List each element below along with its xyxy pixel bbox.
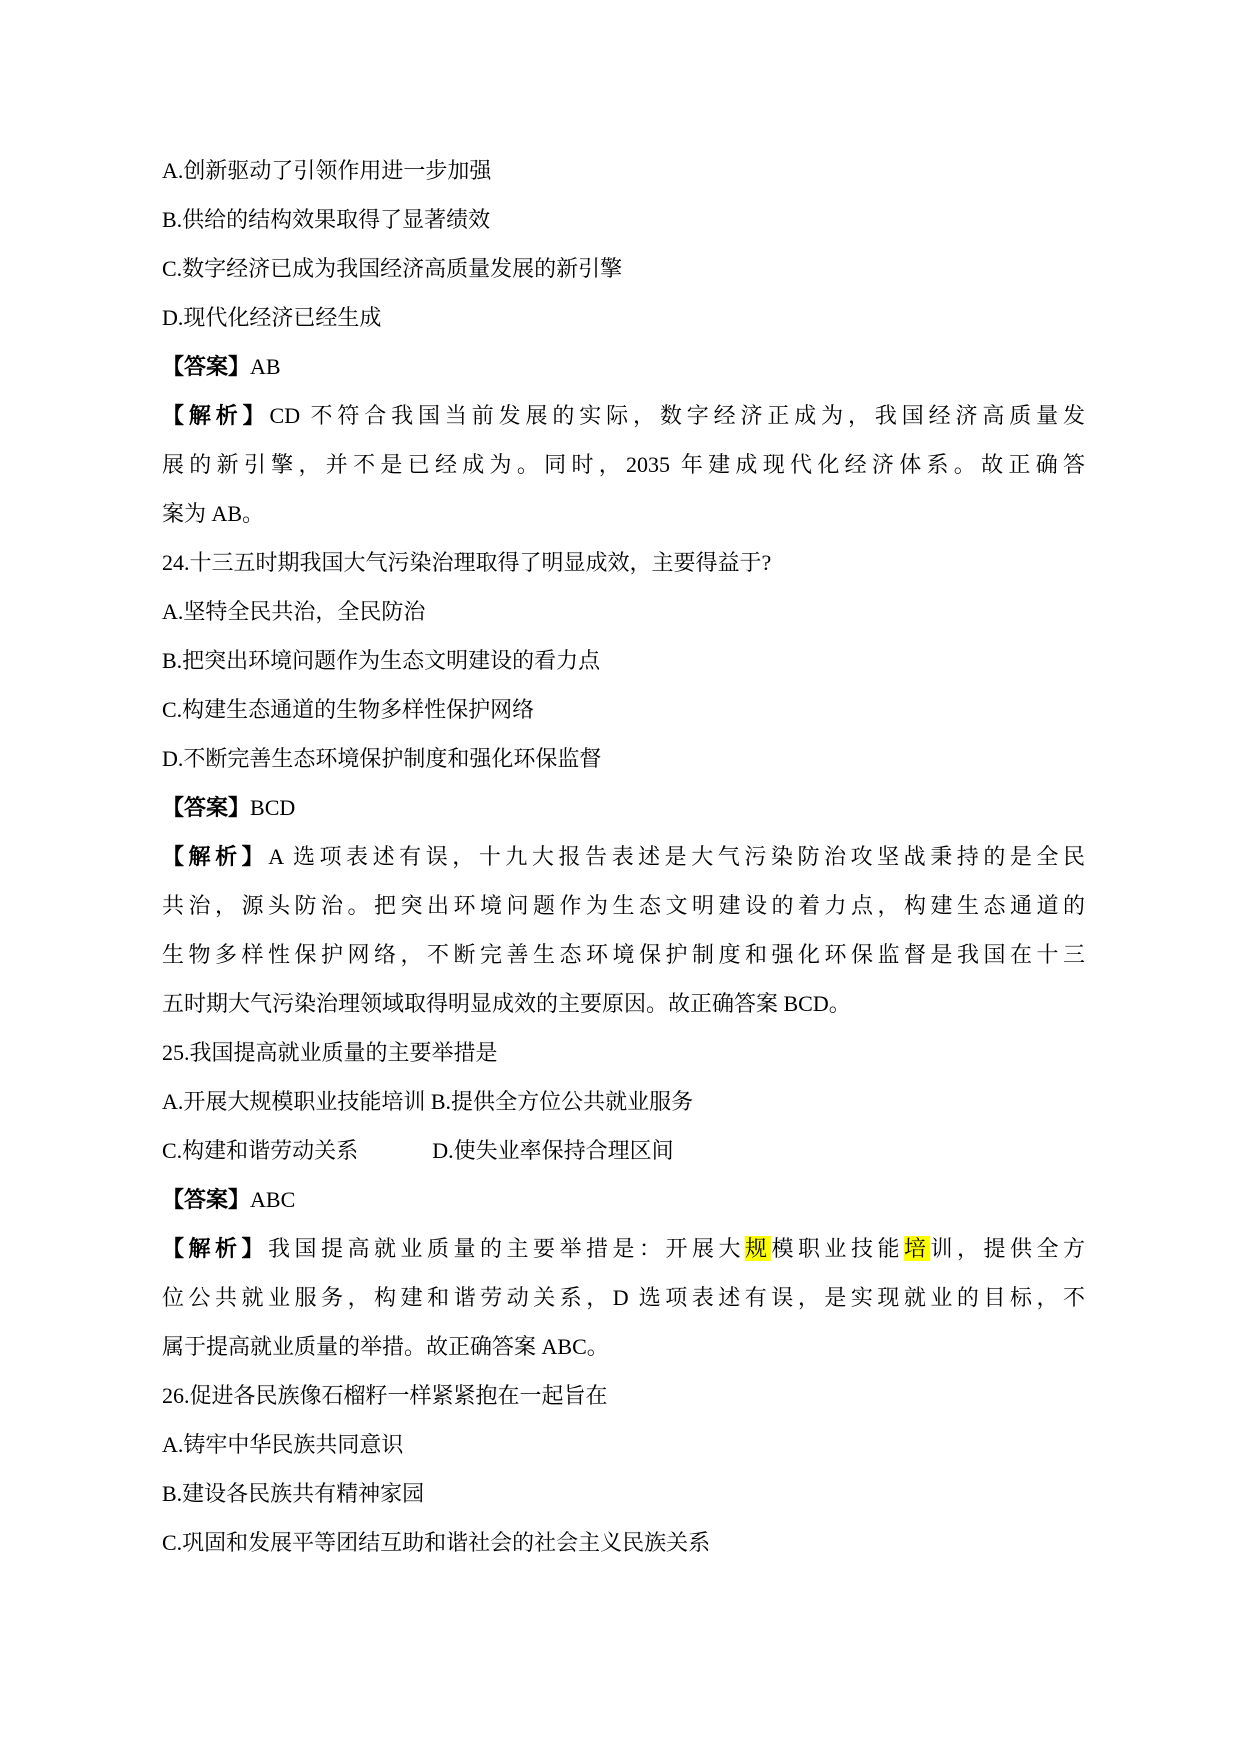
text-segment: C.巩固和发展平等团结互助和谐社会的社会主义民族关系 bbox=[162, 1530, 710, 1555]
text-segment: 属于提高就业质量的举措。故正确答案 ABC。 bbox=[162, 1334, 609, 1359]
text-segment: B.把突出环境问题作为生态文明建设的看力点 bbox=[162, 648, 600, 673]
text-segment: 26.促进各民族像石榴籽一样紧紧抱在一起旨在 bbox=[162, 1383, 608, 1408]
text-segment: 我国提高就业质量的主要举措是：开展大 bbox=[268, 1236, 745, 1261]
highlighted-character: 规 bbox=[745, 1236, 772, 1261]
q24-analysis-line-4: 五时期大气污染治理领域取得明显成效的主要原因。故正确答案 BCD。 bbox=[162, 979, 1085, 1028]
text-segment: 模职业技能 bbox=[771, 1236, 904, 1261]
text-segment: D.使失业率保持合理区间 bbox=[432, 1138, 673, 1163]
text-segment: 生物多样性保护网络，不断完善生态环境保护制度和强化环保监督是我国在十三 bbox=[162, 942, 1085, 967]
bracket-label: 【解析】 bbox=[162, 844, 268, 869]
q26-option-b: B.建设各民族共有精神家园 bbox=[162, 1469, 1085, 1518]
text-segment: C.构建和谐劳动关系 bbox=[162, 1138, 358, 1163]
text-segment: 展的新引擎，并不是已经成为。同时，2035 年建成现代化经济体系。故正确答 bbox=[162, 452, 1085, 477]
q24-option-d: D.不断完善生态环境保护制度和强化环保监督 bbox=[162, 734, 1085, 783]
highlighted-character: 培 bbox=[904, 1236, 931, 1261]
text-segment: 训，提供全方 bbox=[930, 1236, 1085, 1261]
text-segment: A.创新驱动了引领作用进一步加强 bbox=[162, 158, 491, 183]
q23-analysis-line-2: 展的新引擎，并不是已经成为。同时，2035 年建成现代化经济体系。故正确答 bbox=[162, 440, 1085, 489]
text-segment: 25.我国提高就业质量的主要举措是 bbox=[162, 1040, 498, 1065]
text-segment: D.现代化经济已经生成 bbox=[162, 305, 381, 330]
text-segment: A 选项表述有误，十九大报告表述是大气污染防治攻坚战秉持的是全民 bbox=[268, 844, 1085, 869]
bracket-label: 【解析】 bbox=[162, 1236, 268, 1261]
text-segment: CD 不符合我国当前发展的实际，数字经济正成为，我国经济高质量发 bbox=[270, 403, 1085, 428]
text-segment: B.供给的结构效果取得了显著绩效 bbox=[162, 207, 490, 232]
q24-option-c: C.构建生态通道的生物多样性保护网络 bbox=[162, 685, 1085, 734]
q26-question: 26.促进各民族像石榴籽一样紧紧抱在一起旨在 bbox=[162, 1371, 1085, 1420]
text-segment: D.不断完善生态环境保护制度和强化环保监督 bbox=[162, 746, 601, 771]
bracket-label: 【解析】 bbox=[162, 403, 270, 428]
q25-analysis-line-3: 属于提高就业质量的举措。故正确答案 ABC。 bbox=[162, 1322, 1085, 1371]
bracket-label: 【答案】 bbox=[162, 1187, 250, 1212]
q26-option-c: C.巩固和发展平等团结互助和谐社会的社会主义民族关系 bbox=[162, 1518, 1085, 1567]
text-segment: BCD bbox=[250, 795, 295, 820]
q24-analysis-line-1: 【解析】A 选项表述有误，十九大报告表述是大气污染防治攻坚战秉持的是全民 bbox=[162, 832, 1085, 881]
q24-option-a: A.坚特全民共治，全民防治 bbox=[162, 587, 1085, 636]
exam-text-block: A.创新驱动了引领作用进一步加强B.供给的结构效果取得了显著绩效C.数字经济已成… bbox=[162, 146, 1085, 1567]
q25-answer: 【答案】ABC bbox=[162, 1175, 1085, 1224]
text-segment: C.构建生态通道的生物多样性保护网络 bbox=[162, 697, 534, 722]
document-page: A.创新驱动了引领作用进一步加强B.供给的结构效果取得了显著绩效C.数字经济已成… bbox=[0, 0, 1241, 1754]
q23-option-b: B.供给的结构效果取得了显著绩效 bbox=[162, 195, 1085, 244]
q25-options-ab: A.开展大规模职业技能培训 B.提供全方位公共就业服务 bbox=[162, 1077, 1085, 1126]
q24-analysis-line-2: 共治，源头防治。把突出环境问题作为生态文明建设的着力点，构建生态通道的 bbox=[162, 881, 1085, 930]
q24-option-b: B.把突出环境问题作为生态文明建设的看力点 bbox=[162, 636, 1085, 685]
q25-analysis-line-2: 位公共就业服务，构建和谐劳动关系，D 选项表述有误，是实现就业的目标，不 bbox=[162, 1273, 1085, 1322]
text-segment: 五时期大气污染治理领域取得明显成效的主要原因。故正确答案 BCD。 bbox=[162, 991, 851, 1016]
q23-analysis-line-1: 【解析】CD 不符合我国当前发展的实际，数字经济正成为，我国经济高质量发 bbox=[162, 391, 1085, 440]
q23-option-a: A.创新驱动了引领作用进一步加强 bbox=[162, 146, 1085, 195]
text-segment: C.数字经济已成为我国经济高质量发展的新引擎 bbox=[162, 256, 622, 281]
bracket-label: 【答案】 bbox=[162, 354, 250, 379]
text-segment: A.铸牢中华民族共同意识 bbox=[162, 1432, 403, 1457]
text-segment: A.开展大规模职业技能培训 B.提供全方位公共就业服务 bbox=[162, 1089, 693, 1114]
q24-answer: 【答案】BCD bbox=[162, 783, 1085, 832]
bracket-label: 【答案】 bbox=[162, 795, 250, 820]
q26-option-a: A.铸牢中华民族共同意识 bbox=[162, 1420, 1085, 1469]
q23-option-c: C.数字经济已成为我国经济高质量发展的新引擎 bbox=[162, 244, 1085, 293]
q23-answer: 【答案】AB bbox=[162, 342, 1085, 391]
q25-question: 25.我国提高就业质量的主要举措是 bbox=[162, 1028, 1085, 1077]
text-segment: 案为 AB。 bbox=[162, 501, 264, 526]
text-segment: A.坚特全民共治，全民防治 bbox=[162, 599, 425, 624]
text-segment: 24.十三五时期我国大气污染治理取得了明显成效，主要得益于? bbox=[162, 550, 771, 575]
text-segment: ABC bbox=[250, 1187, 295, 1212]
q24-question: 24.十三五时期我国大气污染治理取得了明显成效，主要得益于? bbox=[162, 538, 1085, 587]
q23-option-d: D.现代化经济已经生成 bbox=[162, 293, 1085, 342]
text-segment: 位公共就业服务，构建和谐劳动关系，D 选项表述有误，是实现就业的目标，不 bbox=[162, 1285, 1085, 1310]
q25-options-cd: C.构建和谐劳动关系D.使失业率保持合理区间 bbox=[162, 1126, 1085, 1175]
q24-analysis-line-3: 生物多样性保护网络，不断完善生态环境保护制度和强化环保监督是我国在十三 bbox=[162, 930, 1085, 979]
q23-analysis-line-3: 案为 AB。 bbox=[162, 489, 1085, 538]
q25-analysis-line-1: 【解析】我国提高就业质量的主要举措是：开展大规模职业技能培训，提供全方 bbox=[162, 1224, 1085, 1273]
text-segment: AB bbox=[250, 354, 281, 379]
text-segment: 共治，源头防治。把突出环境问题作为生态文明建设的着力点，构建生态通道的 bbox=[162, 893, 1085, 918]
text-segment: B.建设各民族共有精神家园 bbox=[162, 1481, 424, 1506]
